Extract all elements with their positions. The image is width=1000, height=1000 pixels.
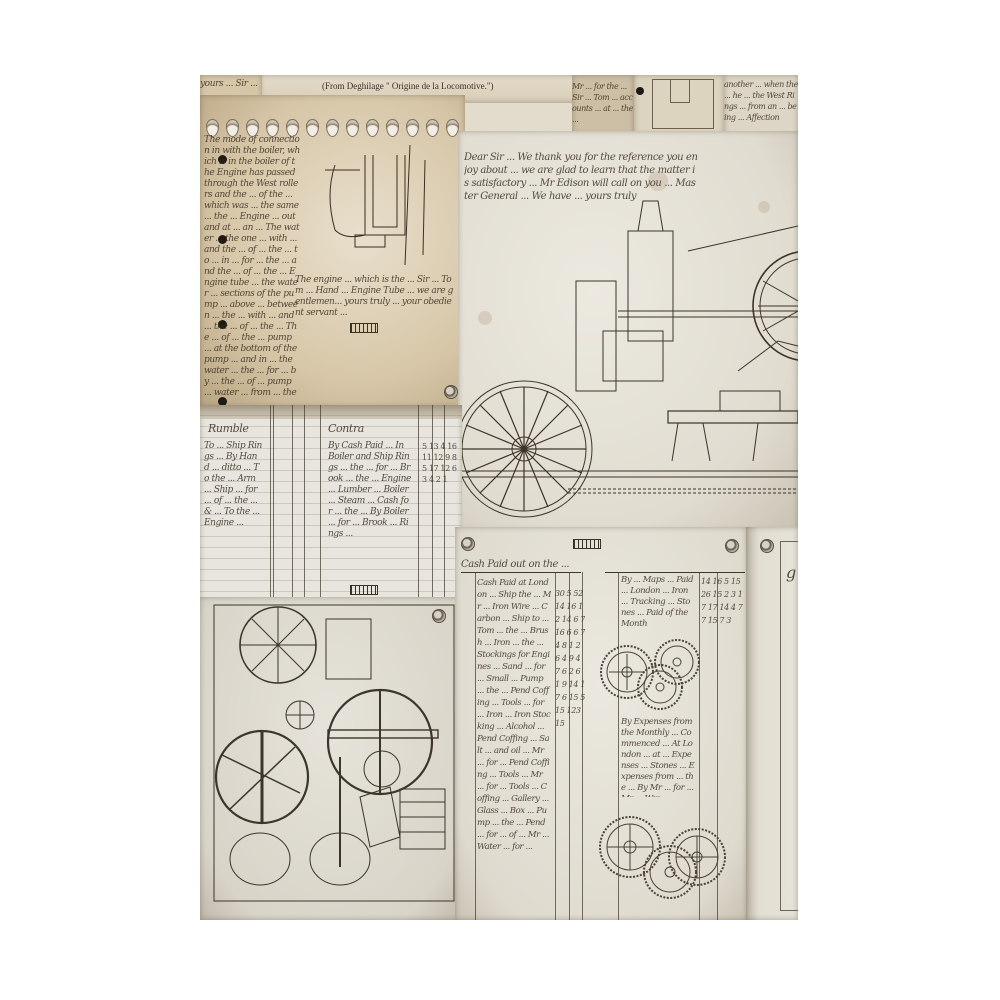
ledger-left-entries: To ... Ship Rings ... By Hand ... ditto … [204,441,262,601]
punch-hole [636,87,644,95]
top-right-blueprint [634,75,724,135]
pin-icon [444,385,458,399]
ledger-header-right: Contra [328,423,462,434]
scrap-script: another ... when the ... he ... the West… [724,79,798,123]
mechanism-drawing [200,597,462,920]
scrap-script: g [786,567,798,578]
ledger-gears-panel: Cash Paid out on the ... Cash Paid at Lo… [455,527,747,920]
scrap-script: yours ... Sir ... [200,79,262,90]
ledger-right-entries: By Cash Paid ... In Boiler and Ship Ring… [328,441,412,571]
pump-sketch [295,135,455,275]
letter-left-column: The mode of connection in with the boile… [204,135,300,395]
right-edge-sheet: g [746,527,798,920]
top-middle-scrap: Mr ... for the ... Sir ... Tom ... accou… [572,75,634,135]
locomotive-drawing [458,131,798,531]
top-right-scrap: another ... when the ... he ... the West… [724,75,798,137]
notebook-letter-panel: The mode of connection in with the boile… [200,95,465,407]
scale-bar [350,323,378,333]
pin-icon [760,539,774,553]
ledger-left-panel: Rumble Contra To ... Ship Rings ... By H… [200,405,462,605]
gear-illustrations [455,527,747,920]
scrap-script: Mr ... for the ... Sir ... Tom ... accou… [572,81,634,125]
scale-bar [350,585,378,595]
locomotive-drawing-panel: Dear Sir ... We thank you for the refere… [458,131,798,531]
top-caption: (From Deghilage " Origine de la Locomoti… [322,81,494,91]
mechanism-drawing-panel [200,597,462,920]
collage-sheet: (From Deghilage " Origine de la Locomoti… [200,75,798,920]
